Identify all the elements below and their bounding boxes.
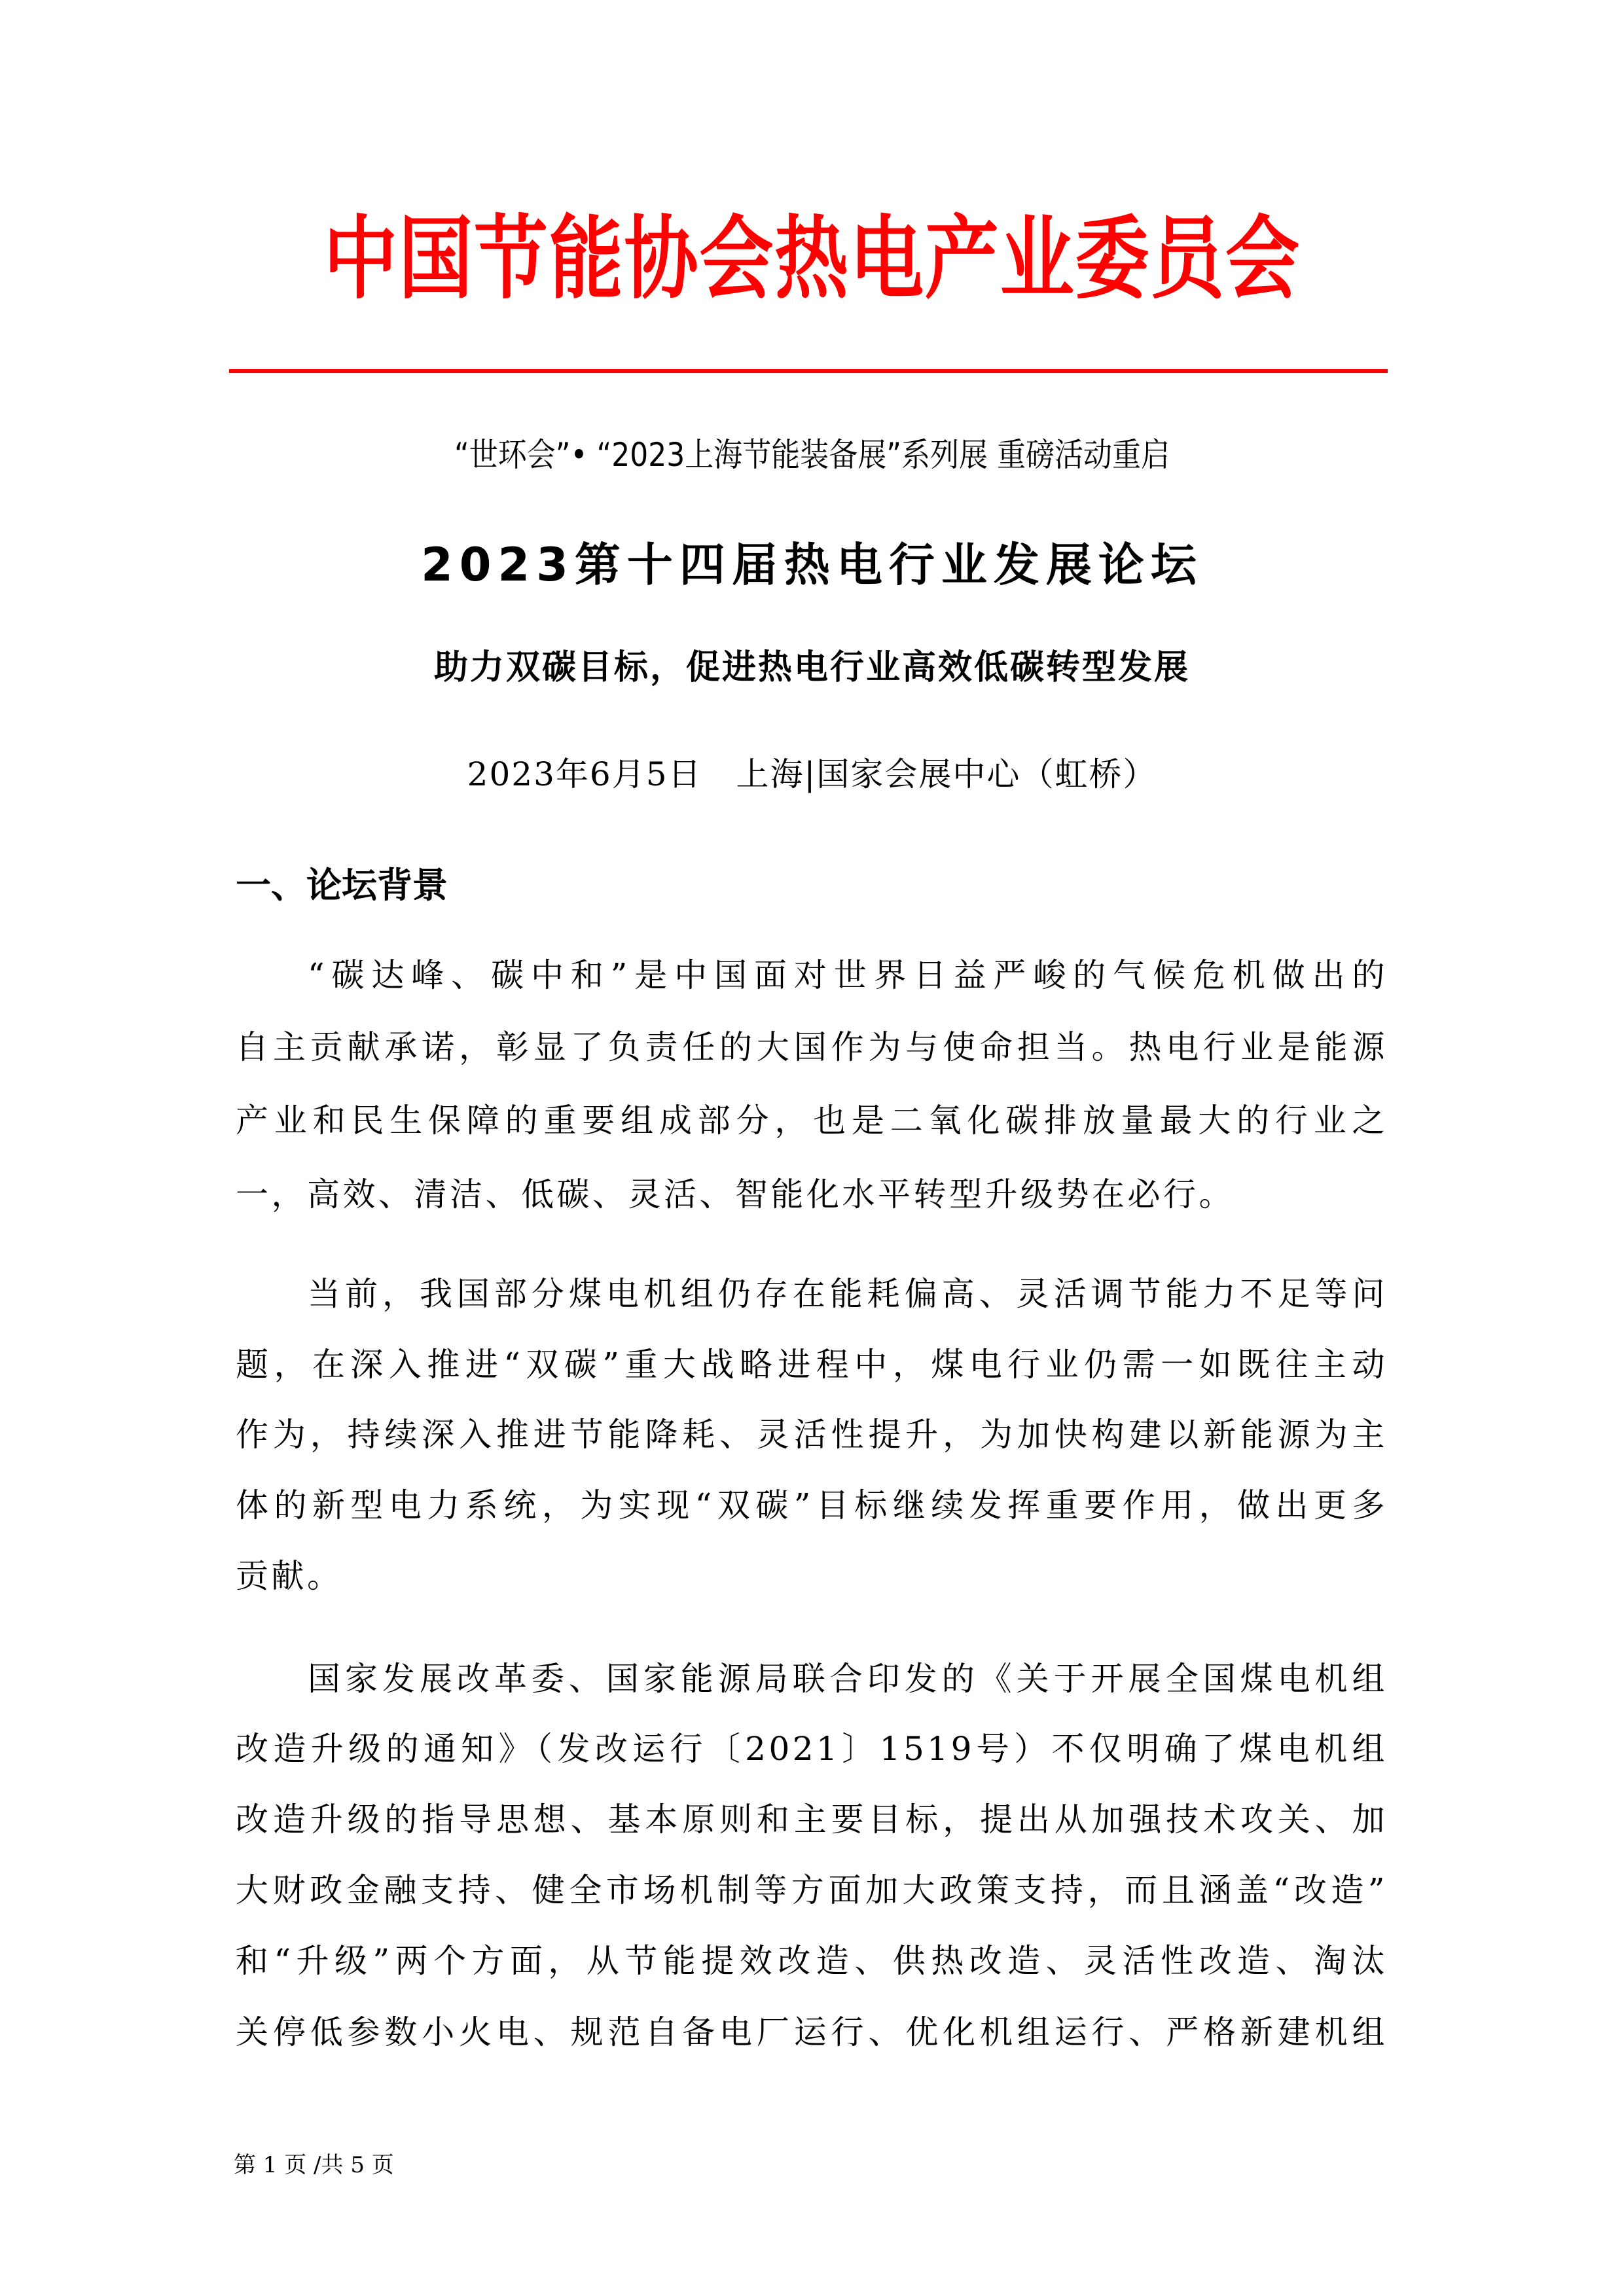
- paragraph-1-line: 一，高效、清洁、低碳、灵活、智能化水平转型升级势在必行。: [236, 1172, 1388, 1217]
- header-red-rule: [229, 369, 1388, 373]
- paragraph-1-line: 产业和民生保障的重要组成部分，也是二氧化碳排放量最大的行业之: [236, 1098, 1388, 1143]
- paragraph-1-line: “碳达峰、碳中和”是中国面对世界日益严峻的气候危机做出的: [308, 952, 1388, 998]
- forum-subtitle: 助力双碳目标，促进热电行业高效低碳转型发展: [0, 645, 1624, 691]
- series-tagline: “世环会”• “2023上海节能装备展”系列展 重磅活动重启: [98, 432, 1526, 478]
- paragraph-1-line: 自主贡献承诺，彰显了负责任的大国作为与使命担当。热电行业是能源: [236, 1024, 1388, 1070]
- section-heading: 一、论坛背景: [236, 863, 448, 908]
- paragraph-2-line: 当前，我国部分煤电机组仍存在能耗偏高、灵活调节能力不足等问: [308, 1271, 1388, 1317]
- paragraph-3-line: 国家发展改革委、国家能源局联合印发的《关于开展全国煤电机组: [308, 1656, 1388, 1702]
- paragraph-3-line: 改造升级的指导思想、基本原则和主要目标，提出从加强技术攻关、加: [236, 1797, 1388, 1842]
- paragraph-3-line: 大财政金融支持、健全市场机制等方面加大政策支持，而且涵盖“改造”: [236, 1867, 1388, 1913]
- forum-title: 2023第十四届热电行业发展论坛: [0, 535, 1624, 594]
- date-location: 2023年6月5日 上海|国家会展中心（虹桥）: [0, 751, 1624, 797]
- paragraph-3-line: 和“升级”两个方面，从节能提效改造、供热改造、灵活性改造、淘汰: [236, 1938, 1388, 1984]
- paragraph-3-line: 关停低参数小火电、规范自备电厂运行、优化机组运行、严格新建机组: [236, 2009, 1388, 2055]
- paragraph-2-line: 题，在深入推进“双碳”重大战略进程中，煤电行业仍需一如既往主动: [236, 1342, 1388, 1388]
- page-number-footer: 第 1 页 /共 5 页: [234, 2150, 394, 2180]
- paragraph-2-line: 贡献。: [236, 1553, 1388, 1599]
- organization-title: 中国节能协会热电产业委员会: [146, 196, 1477, 321]
- paragraph-2-line: 体的新型电力系统，为实现“双碳”目标继续发挥重要作用，做出更多: [236, 1482, 1388, 1528]
- paragraph-2-line: 作为，持续深入推进节能降耗、灵活性提升，为加快构建以新能源为主: [236, 1412, 1388, 1458]
- paragraph-3-line: 改造升级的通知》（发改运行〔2021〕1519号）不仅明确了煤电机组: [236, 1726, 1388, 1772]
